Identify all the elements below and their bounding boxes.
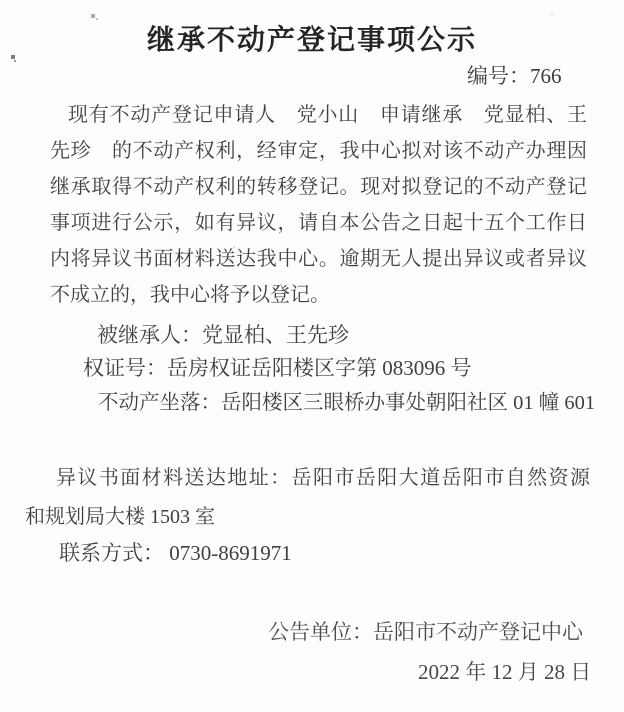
scan-speckles (0, 0, 2, 2)
certificate-number-line: 权证号：岳房权证岳阳楼区字第 083096 号 (83, 353, 472, 383)
doc-number: 编号：766 (467, 63, 562, 89)
decedent-line: 被继承人：党显柏、王先珍 (97, 320, 349, 350)
contact-phone-line: 联系方式： 0730-8691971 (59, 538, 292, 568)
notice-body-line-5: 内将异议书面材料送达我中心。逾期无人提出异议或者异议 (50, 241, 587, 277)
objection-address-line-2: 和规划局大楼 1503 室 (25, 502, 215, 532)
issuer-line: 公告单位：岳阳市不动产登记中心 (268, 617, 583, 647)
notice-body-line-3: 继承取得不动产权利的转移登记。现对拟登记的不动产登记 (50, 169, 587, 205)
notice-document: 继承不动产登记事项公示 编号：766 现有不动产登记申请人 党小山 申请继承 党… (0, 0, 624, 712)
objection-address-line-1: 异议书面材料送达地址：岳阳市岳阳大道岳阳市自然资源 (56, 463, 590, 493)
property-location-line: 不动产坐落：岳阳楼区三眼桥办事处朝阳社区 01 幢 601 (98, 388, 595, 418)
notice-body-line-2: 先珍 的不动产权利，经审定，我中心拟对该不动产办理因 (50, 133, 587, 169)
notice-title: 继承不动产登记事项公示 (0, 18, 624, 58)
notice-body: 现有不动产登记申请人 党小山 申请继承 党显柏、王 先珍 的不动产权利，经审定，… (50, 97, 587, 313)
date-line: 2022 年 12 月 28 日 (418, 657, 591, 687)
notice-body-line-6: 不成立的，我中心将予以登记。 (50, 277, 587, 313)
notice-body-line-4: 事项进行公示，如有异议，请自本公告之日起十五个工作日 (50, 205, 587, 241)
notice-body-line-1: 现有不动产登记申请人 党小山 申请继承 党显柏、王 (50, 97, 587, 133)
